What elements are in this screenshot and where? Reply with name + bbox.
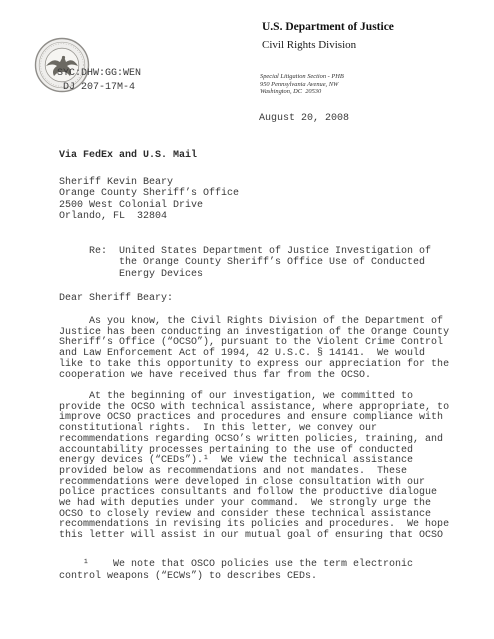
section-address: Special Litigation Section - PHB 950 Pen… [260,73,344,96]
division-title: Civil Rights Division [262,39,356,51]
re-subject: United States Department of Justice Inve… [119,246,431,280]
file-reference-line2: DJ 207-17M-4 [63,81,141,95]
file-reference: SYC:DHW:GG:WEN DJ 207-17M-4 [57,67,141,94]
delivery-method: Via FedEx and U.S. Mail [59,151,197,162]
body-paragraph-1: As you know, the Civil Rights Division o… [59,317,449,381]
salutation: Dear Sheriff Beary: [59,294,173,305]
letter-page: SYC:DHW:GG:WEN DJ 207-17M-4 U.S. Departm… [0,0,494,639]
body-paragraph-2: At the beginning of our investigation, w… [59,392,449,542]
re-label: Re: [89,246,107,257]
letter-date: August 20, 2008 [259,114,349,125]
footnote: ¹ We note that OSCO policies use the ter… [59,559,413,582]
recipient-address: Sheriff Kevin Beary Orange County Sherif… [59,177,239,223]
department-title: U.S. Department of Justice [262,21,394,33]
file-reference-line1: SYC:DHW:GG:WEN [57,67,141,81]
